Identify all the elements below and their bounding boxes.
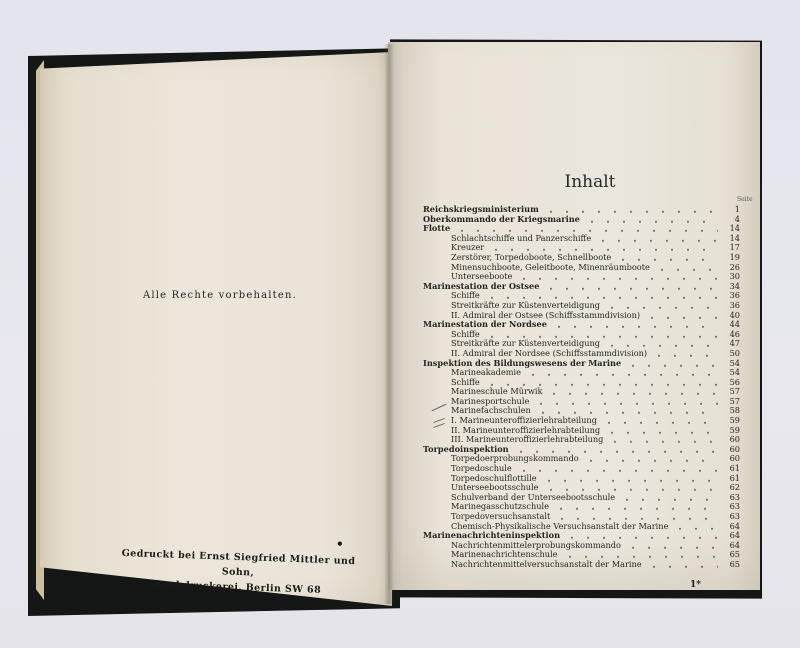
- dot-leader: [484, 330, 718, 340]
- dot-leader: [607, 435, 718, 445]
- toc-entry: Nachrichtenmittelversuchsanstalt der Mar…: [423, 560, 740, 570]
- dot-leader: [595, 234, 718, 244]
- toc-entry-label: Marinestation der Ostsee: [423, 282, 539, 292]
- toc-entry: Oberkommando der Kriegsmarine4: [423, 215, 740, 225]
- dot-leader: [654, 263, 718, 273]
- page-number: 1*: [690, 580, 701, 590]
- dot-leader: [553, 502, 718, 512]
- dot-leader: [601, 416, 718, 426]
- dot-leader: [484, 291, 718, 301]
- table-of-contents: Reichskriegsministerium1Oberkommando der…: [423, 205, 740, 570]
- dot-leader: [454, 224, 718, 234]
- dot-leader: [488, 243, 718, 253]
- dot-leader: [562, 550, 718, 560]
- dot-leader: [672, 522, 718, 532]
- dot-leader: [484, 378, 718, 388]
- dot-leader: [516, 464, 718, 474]
- toc-entry-label: Schlachtschiffe und Panzerschiffe: [423, 234, 591, 244]
- dot-leader: [615, 253, 718, 263]
- left-page: [40, 52, 392, 606]
- toc-entry-label: Marinestation der Nordsee: [423, 320, 547, 330]
- toc-title: Inhalt: [540, 172, 640, 192]
- dot-leader: [543, 483, 718, 493]
- dot-leader: [584, 215, 718, 225]
- dot-leader: [625, 541, 718, 551]
- dot-leader: [583, 454, 718, 464]
- dot-leader: [513, 445, 718, 455]
- printer-imprint: Gedruckt bei Ernst Siegfried Mittler und…: [107, 545, 368, 599]
- toc-entry-label: Nachrichtenmittelversuchsanstalt der Mar…: [423, 560, 642, 570]
- toc-entry-label: Flotte: [423, 224, 450, 234]
- dot-leader: [564, 531, 718, 541]
- dot-leader: [604, 426, 718, 436]
- dot-leader: [551, 320, 718, 330]
- dot-leader: [541, 474, 718, 484]
- toc-entry: Flotte14: [423, 224, 740, 234]
- dot-leader: [604, 301, 718, 311]
- dot-leader: [525, 368, 718, 378]
- book-gutter: [384, 44, 394, 604]
- dot-leader: [543, 282, 718, 292]
- dot-leader: [543, 205, 718, 215]
- rights-notice: Alle Rechte vorbehalten.: [140, 290, 300, 301]
- dot-leader: [646, 560, 718, 570]
- dot-leader: [533, 397, 718, 407]
- margin-mark: •: [336, 537, 344, 551]
- dot-leader: [651, 349, 718, 359]
- dot-leader: [619, 493, 718, 503]
- dot-leader: [604, 339, 718, 349]
- dot-leader: [554, 512, 718, 522]
- dot-leader: [546, 387, 718, 397]
- dot-leader: [625, 359, 718, 369]
- toc-column-header: Seite: [737, 196, 753, 203]
- dot-leader: [516, 272, 718, 282]
- dot-leader: [535, 406, 718, 416]
- dot-leader: [644, 311, 718, 321]
- toc-entry-page: 65: [722, 560, 740, 570]
